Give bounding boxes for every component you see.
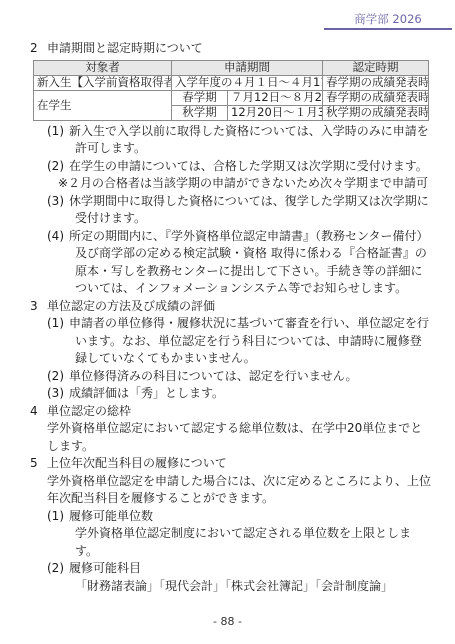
section-heading: 2 申請期間と認定時期について <box>30 40 433 58</box>
item-note: ※２月の合格者は当該学期の申請ができないため次々学期まで申請可 <box>58 175 433 193</box>
item-marker: (3) <box>47 386 64 400</box>
doc-footer: - 88 - <box>0 615 455 628</box>
cell-current-student: 在学生 <box>34 90 172 120</box>
item-marker: (4) <box>47 229 64 243</box>
doc-content: 2 申請期間と認定時期について 対象者 申請期間 認定時期 新入生【入学前資格取… <box>0 0 455 595</box>
item-text: 成績評価は「秀」とします。 <box>69 386 224 400</box>
cell-freshman-target: 新入生【入学前資格取得者】 <box>34 75 172 90</box>
section-title: 単位認定の総枠 <box>47 403 433 421</box>
section-number: 4 <box>30 403 47 421</box>
item-text: 履修可能科目 <box>69 561 141 575</box>
section-title: 単位認定の方法及び成績の評価 <box>47 298 433 316</box>
list-item: (2)在学生の申請については、合格した学期又は次学期に受付けます。 ※２月の合格… <box>47 158 433 193</box>
item-text: 在学生の申請については、合格した学期又は次学期に受付けます。 <box>69 159 428 173</box>
item-marker: (2) <box>47 369 64 383</box>
list-item: (1)申請者の単位修得・履修状況に基づいて審査を行い、単位認定を行います。なお、… <box>47 315 433 368</box>
section-number: 5 <box>30 455 47 473</box>
section-paragraph: 学外資格単位認定を申請した場合には、次に定めるところにより、上位年次配当科目を履… <box>47 473 433 508</box>
list-item: (1)新入生で入学以前に取得した資格については、入学時のみに申請を許可します。 <box>47 123 433 158</box>
list-item: (4)所定の期間内に、『学外資格単位認定申請書』（教務センター備付）及び商学部の… <box>47 228 433 298</box>
list-item: (3)成績評価は「秀」とします。 <box>47 385 433 403</box>
table-row-spring: 在学生 春学期 ７月12日～８月22日 春学期の成績発表時 <box>34 90 429 105</box>
list-item: (2)単位修得済みの科目については、認定を行いません。 <box>47 368 433 386</box>
item-list: (1)申請者の単位修得・履修状況に基づいて審査を行い、単位認定を行います。なお、… <box>47 315 433 403</box>
section-body: 対象者 申請期間 認定時期 新入生【入学前資格取得者】 入学年度の４月１日～４月… <box>30 60 433 298</box>
item-text: 単位修得済みの科目については、認定を行いません。 <box>69 369 357 383</box>
cell-spring-semester: 春学期 <box>172 90 228 105</box>
section-body: (1)申請者の単位修得・履修状況に基づいて審査を行い、単位認定を行います。なお、… <box>30 315 433 403</box>
item-text: 申請者の単位修得・履修状況に基づいて審査を行い、単位認定を行います。なお、単位認… <box>69 316 429 365</box>
col-header-period: 申請期間 <box>172 60 323 75</box>
table-header-row: 対象者 申請期間 認定時期 <box>34 60 429 75</box>
cell-freshman-period: 入学年度の４月１日～４月11日 <box>172 75 323 90</box>
doc-header: 商学部 2026 <box>324 12 452 30</box>
section-number: 2 <box>30 40 47 58</box>
list-item: (2)履修可能科目 「財務諸表論」「現代会計」「株式会社簿記」「会計制度論」 <box>47 560 433 595</box>
item-marker: (1) <box>47 316 64 330</box>
section-body: 学外資格単位認定を申請した場合には、次に定めるところにより、上位年次配当科目を履… <box>30 473 433 596</box>
col-header-timing: 認定時期 <box>323 60 429 75</box>
section-heading: 5 上位年次配当科目の履修について <box>30 455 433 473</box>
cell-freshman-timing: 春学期の成績発表時 <box>323 75 429 90</box>
list-item: (3)休学期間中に取得した資格については、復学した学期又は次学期に受付けます。 <box>47 193 433 228</box>
item-marker: (2) <box>47 159 64 173</box>
table-row-freshman: 新入生【入学前資格取得者】 入学年度の４月１日～４月11日 春学期の成績発表時 <box>34 75 429 90</box>
item-marker: (2) <box>47 561 64 575</box>
item-text: 新入生で入学以前に取得した資格については、入学時のみに申請を許可します。 <box>69 124 429 156</box>
cell-fall-semester: 秋学期 <box>172 105 228 120</box>
item-detail: 学外資格単位認定制度において認定される単位数を上限とします。 <box>75 525 433 560</box>
faculty-year-label: 商学部 2026 <box>354 12 421 26</box>
item-marker: (3) <box>47 194 64 208</box>
page-number: - 88 - <box>213 615 242 628</box>
item-list: (1)新入生で入学以前に取得した資格については、入学時のみに申請を許可します。 … <box>47 123 433 298</box>
section-application-period: 2 申請期間と認定時期について 対象者 申請期間 認定時期 新入生【入学前資格取… <box>30 40 433 298</box>
list-item: (1)履修可能単位数 学外資格単位認定制度において認定される単位数を上限とします… <box>47 508 433 561</box>
section-body: 学外資格単位認定において認定する総単位数は、在学中20単位までとします。 <box>30 420 433 455</box>
cell-fall-period: 12月20日～１月30日 <box>228 105 323 120</box>
section-paragraph: 学外資格単位認定において認定する総単位数は、在学中20単位までとします。 <box>47 420 433 455</box>
item-list: (1)履修可能単位数 学外資格単位認定制度において認定される単位数を上限とします… <box>47 508 433 596</box>
section-title: 申請期間と認定時期について <box>47 40 433 58</box>
item-marker: (1) <box>47 509 64 523</box>
section-upper-year-courses: 5 上位年次配当科目の履修について 学外資格単位認定を申請した場合には、次に定め… <box>30 455 433 595</box>
item-text: 所定の期間内に、『学外資格単位認定申請書』（教務センター備付）及び商学部の定める… <box>69 229 429 296</box>
item-detail: 「財務諸表論」「現代会計」「株式会社簿記」「会計制度論」 <box>75 578 433 596</box>
section-title: 上位年次配当科目の履修について <box>47 455 433 473</box>
cell-spring-period: ７月12日～８月22日 <box>228 90 323 105</box>
application-period-table: 対象者 申請期間 認定時期 新入生【入学前資格取得者】 入学年度の４月１日～４月… <box>33 60 429 121</box>
item-marker: (1) <box>47 124 64 138</box>
section-heading: 4 単位認定の総枠 <box>30 403 433 421</box>
cell-spring-timing: 春学期の成績発表時 <box>323 90 429 105</box>
item-text: 履修可能単位数 <box>69 509 153 523</box>
section-certification-method: 3 単位認定の方法及び成績の評価 (1)申請者の単位修得・履修状況に基づいて審査… <box>30 298 433 403</box>
col-header-target: 対象者 <box>34 60 172 75</box>
section-total-credit-limit: 4 単位認定の総枠 学外資格単位認定において認定する総単位数は、在学中20単位ま… <box>30 403 433 456</box>
section-heading: 3 単位認定の方法及び成績の評価 <box>30 298 433 316</box>
cell-fall-timing: 秋学期の成績発表時 <box>323 105 429 120</box>
item-text: 休学期間中に取得した資格については、復学した学期又は次学期に受付けます。 <box>69 194 429 226</box>
section-number: 3 <box>30 298 47 316</box>
